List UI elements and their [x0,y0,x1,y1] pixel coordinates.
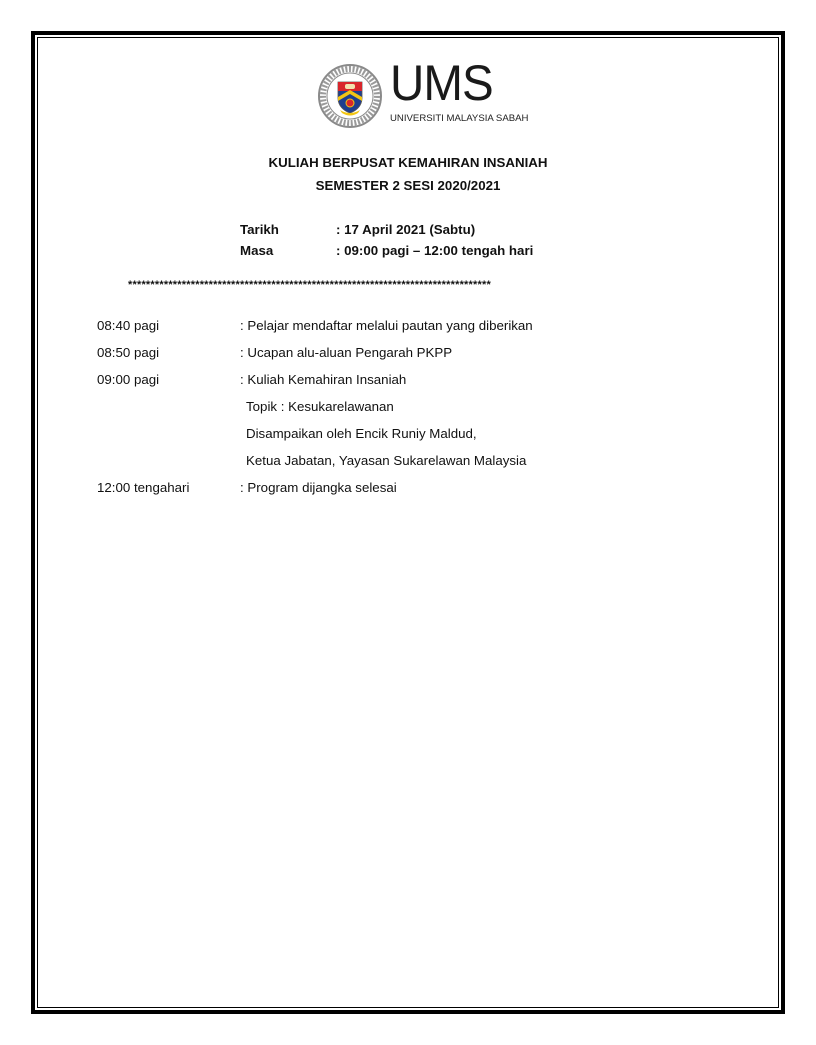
schedule-text: : Kuliah Kemahiran Insaniah [240,372,406,387]
schedule-text: : Ucapan alu-aluan Pengarah PKPP [240,345,452,360]
schedule-time: 09:00 pagi [97,372,237,387]
logo-tagline: UNIVERSITI MALAYSIA SABAH [390,113,528,124]
schedule-time: 12:00 tengahari [97,480,237,495]
schedule-text: : Pelajar mendaftar melalui pautan yang … [240,318,533,333]
schedule-time: 08:40 pagi [97,318,237,333]
logo-wordmark: UMS [390,58,493,108]
schedule-text: Ketua Jabatan, Yayasan Sukarelawan Malay… [246,453,526,468]
detail-value: : 09:00 pagi – 12:00 tengah hari [336,243,533,258]
ums-logo: UMS UNIVERSITI MALAYSIA SABAH [318,64,508,130]
detail-label: Masa [240,243,273,258]
detail-value: : 17 April 2021 (Sabtu) [336,222,475,237]
document-title: KULIAH BERPUSAT KEMAHIRAN INSANIAH [0,155,816,170]
schedule-text: : Program dijangka selesai [240,480,397,495]
schedule-text: Disampaikan oleh Encik Runiy Maldud, [246,426,477,441]
document-subtitle: SEMESTER 2 SESI 2020/2021 [0,178,816,193]
schedule-text: Topik : Kesukarelawanan [246,399,394,414]
university-crest-icon [318,64,382,128]
schedule-time: 08:50 pagi [97,345,237,360]
asterisk-separator: ****************************************… [128,280,703,291]
detail-label: Tarikh [240,222,279,237]
